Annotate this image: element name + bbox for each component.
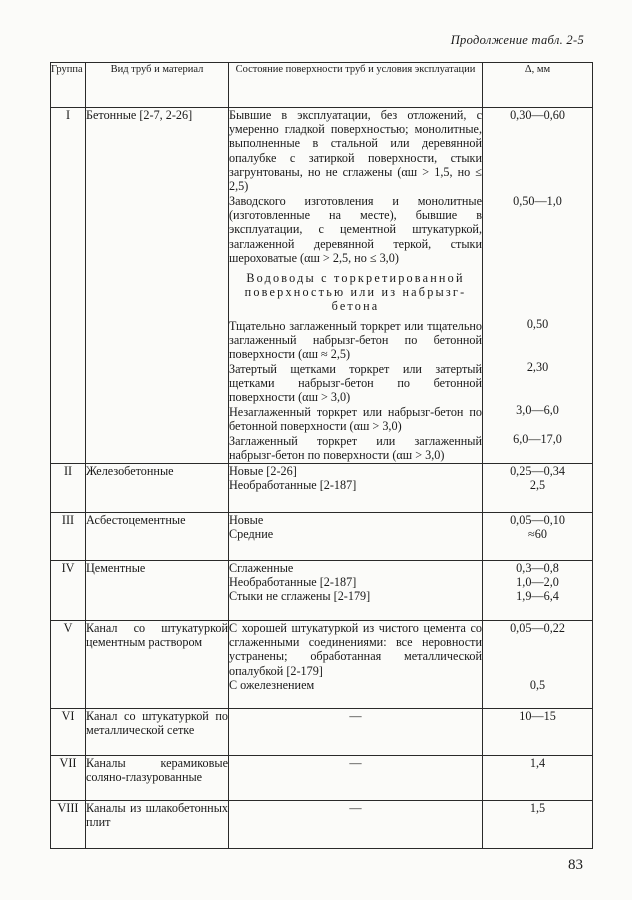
table-row: VII Каналы керамиковые соляно-глазурован…: [51, 756, 593, 801]
kind-cell: Канал со штукатуркой цементным раствором: [86, 621, 229, 709]
group-cell: II: [51, 464, 86, 513]
delta-value: 1,0—2,0: [483, 575, 592, 589]
delta-value: 1,9—6,4: [483, 589, 592, 603]
table-row: III Асбестоцементные Новые Средние 0,05—…: [51, 513, 593, 561]
state-cell: —: [229, 801, 483, 849]
delta-value: 0,05—0,22: [483, 621, 592, 678]
delta-value: 0,25—0,34: [483, 464, 592, 478]
group-cell: VII: [51, 756, 86, 801]
state-line: Новые [2-26]: [229, 464, 482, 478]
table-row: II Железобетонные Новые [2-26] Необработ…: [51, 464, 593, 513]
delta-cell: 0,30—0,60 0,50—1,0 0,50 2,30 3,0—6,0 6,0…: [483, 108, 593, 464]
state-cell: —: [229, 756, 483, 801]
group-cell: I: [51, 108, 86, 464]
group-cell: VI: [51, 709, 86, 756]
header-group: Группа: [51, 63, 86, 108]
kind-cell: Канал со штукатуркой по металлической се…: [86, 709, 229, 756]
subsection-heading: Водоводы с торкретированной поверхностью…: [229, 271, 482, 313]
table-row: I Бетонные [2-7, 2-26] Бывшие в эксплуат…: [51, 108, 593, 464]
group-cell: IV: [51, 561, 86, 621]
page-number: 83: [568, 857, 583, 874]
kind-cell: Цементные: [86, 561, 229, 621]
delta-cell: 0,05—0,10 ≈60: [483, 513, 593, 561]
delta-value: 2,30: [483, 360, 592, 403]
state-item: Бывшие в эксплуатации, без отложений, с …: [229, 108, 482, 194]
header-state: Состояние поверхности труб и условия экс…: [229, 63, 483, 108]
delta-value: 0,50: [483, 317, 592, 360]
state-line: Новые: [229, 513, 482, 527]
delta-cell: 10—15: [483, 709, 593, 756]
state-line: Средние: [229, 527, 482, 541]
state-line: Необработанные [2-187]: [229, 478, 482, 492]
table-row: VIII Каналы из шлакобетонных плит — 1,5: [51, 801, 593, 849]
state-cell: Бывшие в эксплуатации, без отложений, с …: [229, 108, 483, 464]
delta-value: ≈60: [483, 527, 592, 541]
state-item: Заглаженный торкрет или заглаженный набр…: [229, 434, 482, 463]
delta-value: 0,30—0,60: [483, 108, 592, 194]
delta-value: 6,0—17,0: [483, 432, 592, 461]
state-item: Незаглаженный торкрет или набрызг-бетон …: [229, 405, 482, 434]
state-line: Сглаженные: [229, 561, 482, 575]
delta-value: 0,5: [483, 678, 592, 692]
delta-cell: 0,25—0,34 2,5: [483, 464, 593, 513]
state-line: Стыки не сглажены [2-179]: [229, 589, 482, 603]
state-cell: С хорошей штукатуркой из чистого цемента…: [229, 621, 483, 709]
kind-cell: Бетонные [2-7, 2-26]: [86, 108, 229, 464]
group-cell: VIII: [51, 801, 86, 849]
delta-cell: 1,5: [483, 801, 593, 849]
table-continuation-caption: Продолжение табл. 2-5: [451, 33, 584, 48]
group-cell: V: [51, 621, 86, 709]
delta-value: 0,3—0,8: [483, 561, 592, 575]
state-item: Заводского изготовления и монолитные (из…: [229, 194, 482, 266]
header-kind: Вид труб и материал: [86, 63, 229, 108]
state-item: С ожелезнением: [229, 678, 482, 692]
delta-value: 0,05—0,10: [483, 513, 592, 527]
roughness-table: Группа Вид труб и материал Состояние пов…: [50, 62, 593, 849]
state-item: Затертый щетками торкрет или затертый ще…: [229, 362, 482, 405]
state-cell: —: [229, 709, 483, 756]
state-line: Необработанные [2-187]: [229, 575, 482, 589]
delta-value: 2,5: [483, 478, 592, 492]
kind-cell: Каналы керамиковые соляно-глазурованные: [86, 756, 229, 801]
kind-cell: Каналы из шлакобетонных плит: [86, 801, 229, 849]
delta-cell: 0,05—0,22 0,5: [483, 621, 593, 709]
table-row: IV Цементные Сглаженные Необработанные […: [51, 561, 593, 621]
header-delta: Δ, мм: [483, 63, 593, 108]
table-header-row: Группа Вид труб и материал Состояние пов…: [51, 63, 593, 108]
group-cell: III: [51, 513, 86, 561]
state-cell: Новые [2-26] Необработанные [2-187]: [229, 464, 483, 513]
delta-value: 0,50—1,0: [483, 194, 592, 266]
state-cell: Новые Средние: [229, 513, 483, 561]
kind-cell: Железобетонные: [86, 464, 229, 513]
table-row: VI Канал со штукатуркой по металлической…: [51, 709, 593, 756]
state-item: Тщательно заглаженный торкрет или тщател…: [229, 319, 482, 362]
delta-cell: 0,3—0,8 1,0—2,0 1,9—6,4: [483, 561, 593, 621]
table-row: V Канал со штукатуркой цементным раствор…: [51, 621, 593, 709]
kind-cell: Асбестоцементные: [86, 513, 229, 561]
state-item: С хорошей штукатуркой из чистого цемента…: [229, 621, 482, 678]
state-cell: Сглаженные Необработанные [2-187] Стыки …: [229, 561, 483, 621]
delta-value: 3,0—6,0: [483, 403, 592, 432]
delta-cell: 1,4: [483, 756, 593, 801]
